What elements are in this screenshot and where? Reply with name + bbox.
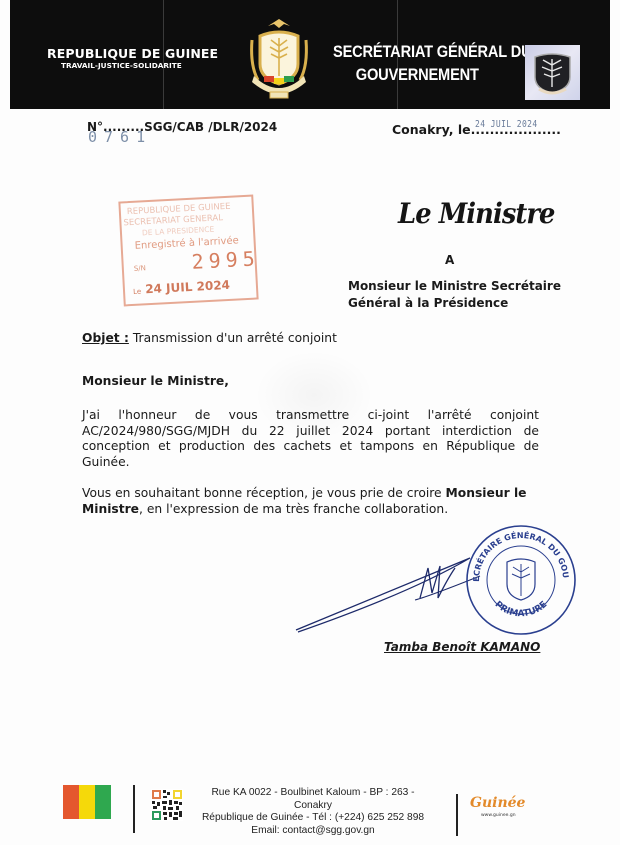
sgg-title: SECRÉTARIAT GÉNÉRAL DU GOUVERNEMENT	[333, 40, 502, 86]
republic-motto: TRAVAIL-JUSTICE-SOLIDARITE	[61, 61, 182, 70]
stamp-number: 2995	[191, 246, 260, 274]
subject-text: Transmission d'un arrêté conjoint	[133, 331, 337, 345]
footer-contact-info: Rue KA 0022 - Boulbinet Kaloum - BP : 26…	[198, 787, 428, 837]
addressee: Monsieur le Ministre Secrétaire Général …	[348, 278, 561, 312]
subject-label: Objet :	[82, 331, 129, 345]
stamp-number-prefix: S/N	[134, 264, 146, 273]
body-paragraph-1: J'ai l'honneur de vous transmettre ci-jo…	[82, 408, 539, 470]
republic-title: REPUBLIQUE DE GUINEE	[47, 46, 218, 61]
footer-divider	[456, 794, 458, 836]
sgg-emblem-icon	[525, 45, 580, 100]
signatory-name: Tamba Benoît KAMANO	[384, 640, 540, 654]
footer-address: Rue KA 0022 - Boulbinet Kaloum - BP : 26…	[198, 787, 428, 812]
stamped-reference-number: 0761	[88, 128, 152, 146]
registration-stamp: REPUBLIQUE DE GUINEE SECRETARIAT GENERAL…	[118, 195, 258, 307]
guinee-brand-url: www.guinee.gn	[481, 813, 516, 818]
stamp-date: Le 24 JUIL 2024	[133, 278, 231, 297]
handwritten-signature	[290, 538, 490, 638]
svg-text:PRIMATURE: PRIMATURE	[493, 600, 550, 620]
letterhead-band: REPUBLIQUE DE GUINEE TRAVAIL-JUSTICE-SOL…	[10, 0, 610, 109]
sender-heading: Le Ministre	[398, 197, 555, 230]
guinee-brand-logo: Guinée	[470, 795, 525, 811]
official-seal-icon: MINISTRE SECRÉTAIRE GÉNÉRAL DU GOUVERNEM…	[463, 522, 579, 638]
qr-code-icon	[151, 789, 183, 821]
footer-email: Email: contact@sgg.gov.gn	[198, 825, 428, 838]
subject-line: Objet : Transmission d'un arrêté conjoin…	[82, 331, 337, 345]
body-paragraph-2: Vous en souhaitant bonne réception, je v…	[82, 486, 542, 517]
guinea-coat-of-arms-icon	[246, 16, 312, 100]
guinea-flag-icon	[63, 785, 111, 819]
footer-divider	[133, 785, 135, 833]
letter-page: REPUBLIQUE DE GUINEE TRAVAIL-JUSTICE-SOL…	[0, 0, 620, 845]
footer-phone: République de Guinée - Tél : (+224) 625 …	[198, 812, 428, 825]
stamped-date: 24 JUIL 2024	[475, 119, 538, 130]
salutation: Monsieur le Ministre,	[82, 374, 229, 388]
addressee-preposition: A	[445, 253, 454, 267]
